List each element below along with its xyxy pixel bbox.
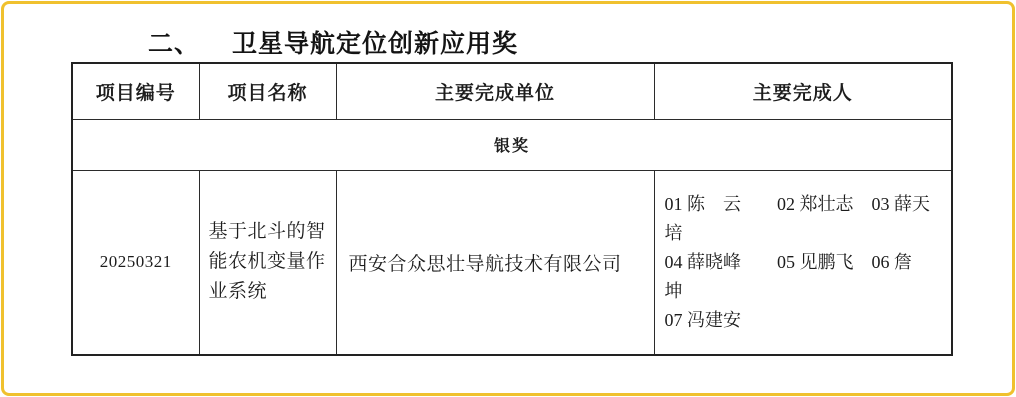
section-title-number: 二、	[148, 24, 200, 60]
table-header-row: 项目编号 项目名称 主要完成单位 主要完成人	[72, 63, 952, 119]
silver-award-label: 银奖	[72, 119, 952, 170]
people-line-1: 01 陈 云 02 郑壮志 03 薛天培	[665, 190, 942, 248]
section-title-text: 卫星导航定位创新应用奖	[232, 24, 518, 60]
header-organization: 主要完成单位	[336, 63, 654, 119]
header-people: 主要完成人	[654, 63, 952, 119]
people-cell: 01 陈 云 02 郑壮志 03 薛天培 04 薛晓峰 05 见鹏飞 06 詹 …	[654, 170, 952, 355]
project-id-cell: 20250321	[72, 170, 199, 355]
people-line-3: 07 冯建安	[665, 306, 942, 335]
people-line-2: 04 薛晓峰 05 见鹏飞 06 詹 坤	[665, 248, 942, 306]
table-row: 20250321 基于北斗的智能农机变量作业系统 西安合众思壮导航技术有限公司 …	[72, 170, 952, 355]
section-label-row: 银奖	[72, 119, 952, 170]
project-name-cell: 基于北斗的智能农机变量作业系统	[199, 170, 336, 355]
organization-cell: 西安合众思壮导航技术有限公司	[336, 170, 654, 355]
header-project-id: 项目编号	[72, 63, 199, 119]
awards-table: 项目编号 项目名称 主要完成单位 主要完成人 银奖 20250321 基于北斗的…	[71, 62, 953, 356]
header-project-name: 项目名称	[199, 63, 336, 119]
section-title: 二、 卫星导航定位创新应用奖	[148, 24, 518, 60]
